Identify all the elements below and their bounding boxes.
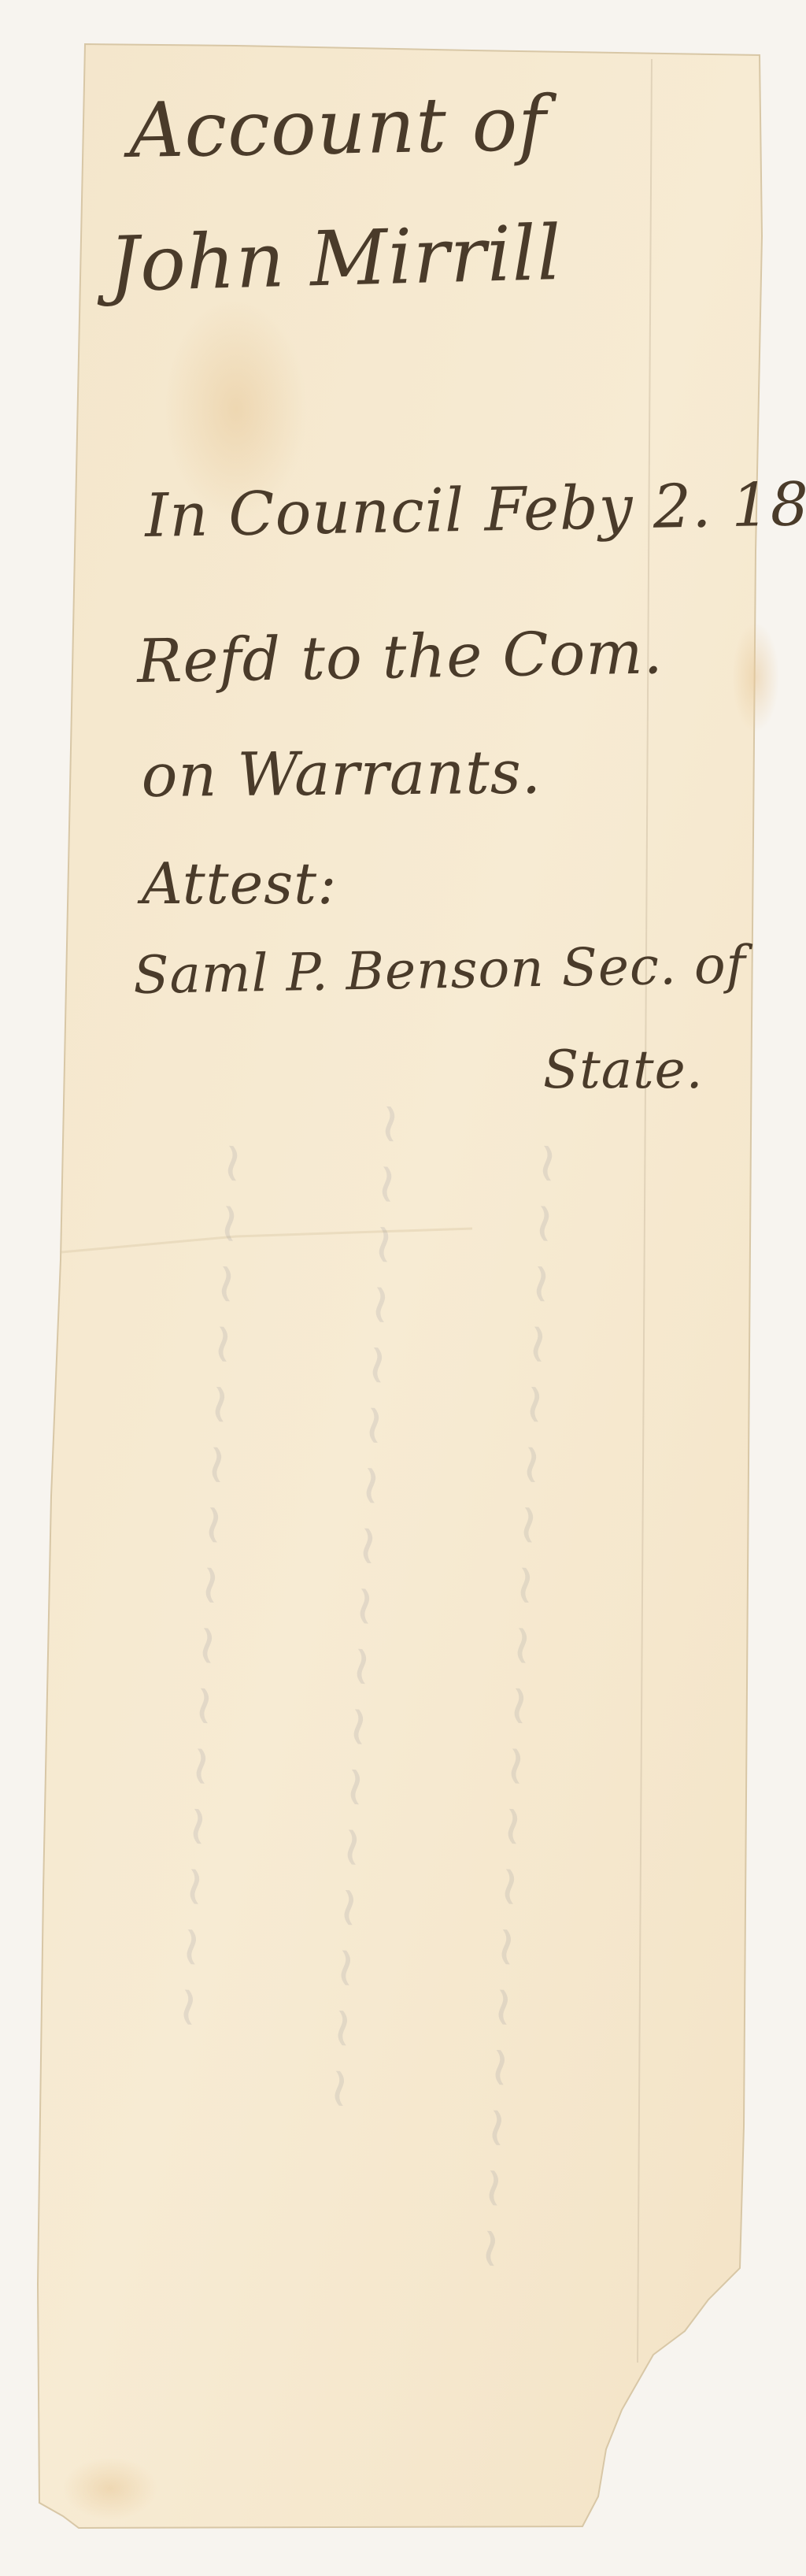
heading-line-1: Account of [128, 80, 548, 175]
endorsement-committee-line: on Warrants. [141, 737, 542, 810]
signature: Saml P. Benson Sec. of [133, 934, 747, 1006]
signature-title-continuation: State. [543, 1040, 704, 1100]
endorsement-date-line: In Council Feby 2. 1841. [144, 467, 806, 550]
endorsement-referral-line: Refd to the Com. [136, 617, 664, 696]
attest-label: Attest: [142, 851, 337, 917]
heading-line-2-name: John Mirrill [108, 209, 563, 309]
document-paper: ~~~~~~~~~~~~~~~ ~~~~~~~~~~~~~~~~~ ~~~~~~… [0, 0, 806, 2576]
